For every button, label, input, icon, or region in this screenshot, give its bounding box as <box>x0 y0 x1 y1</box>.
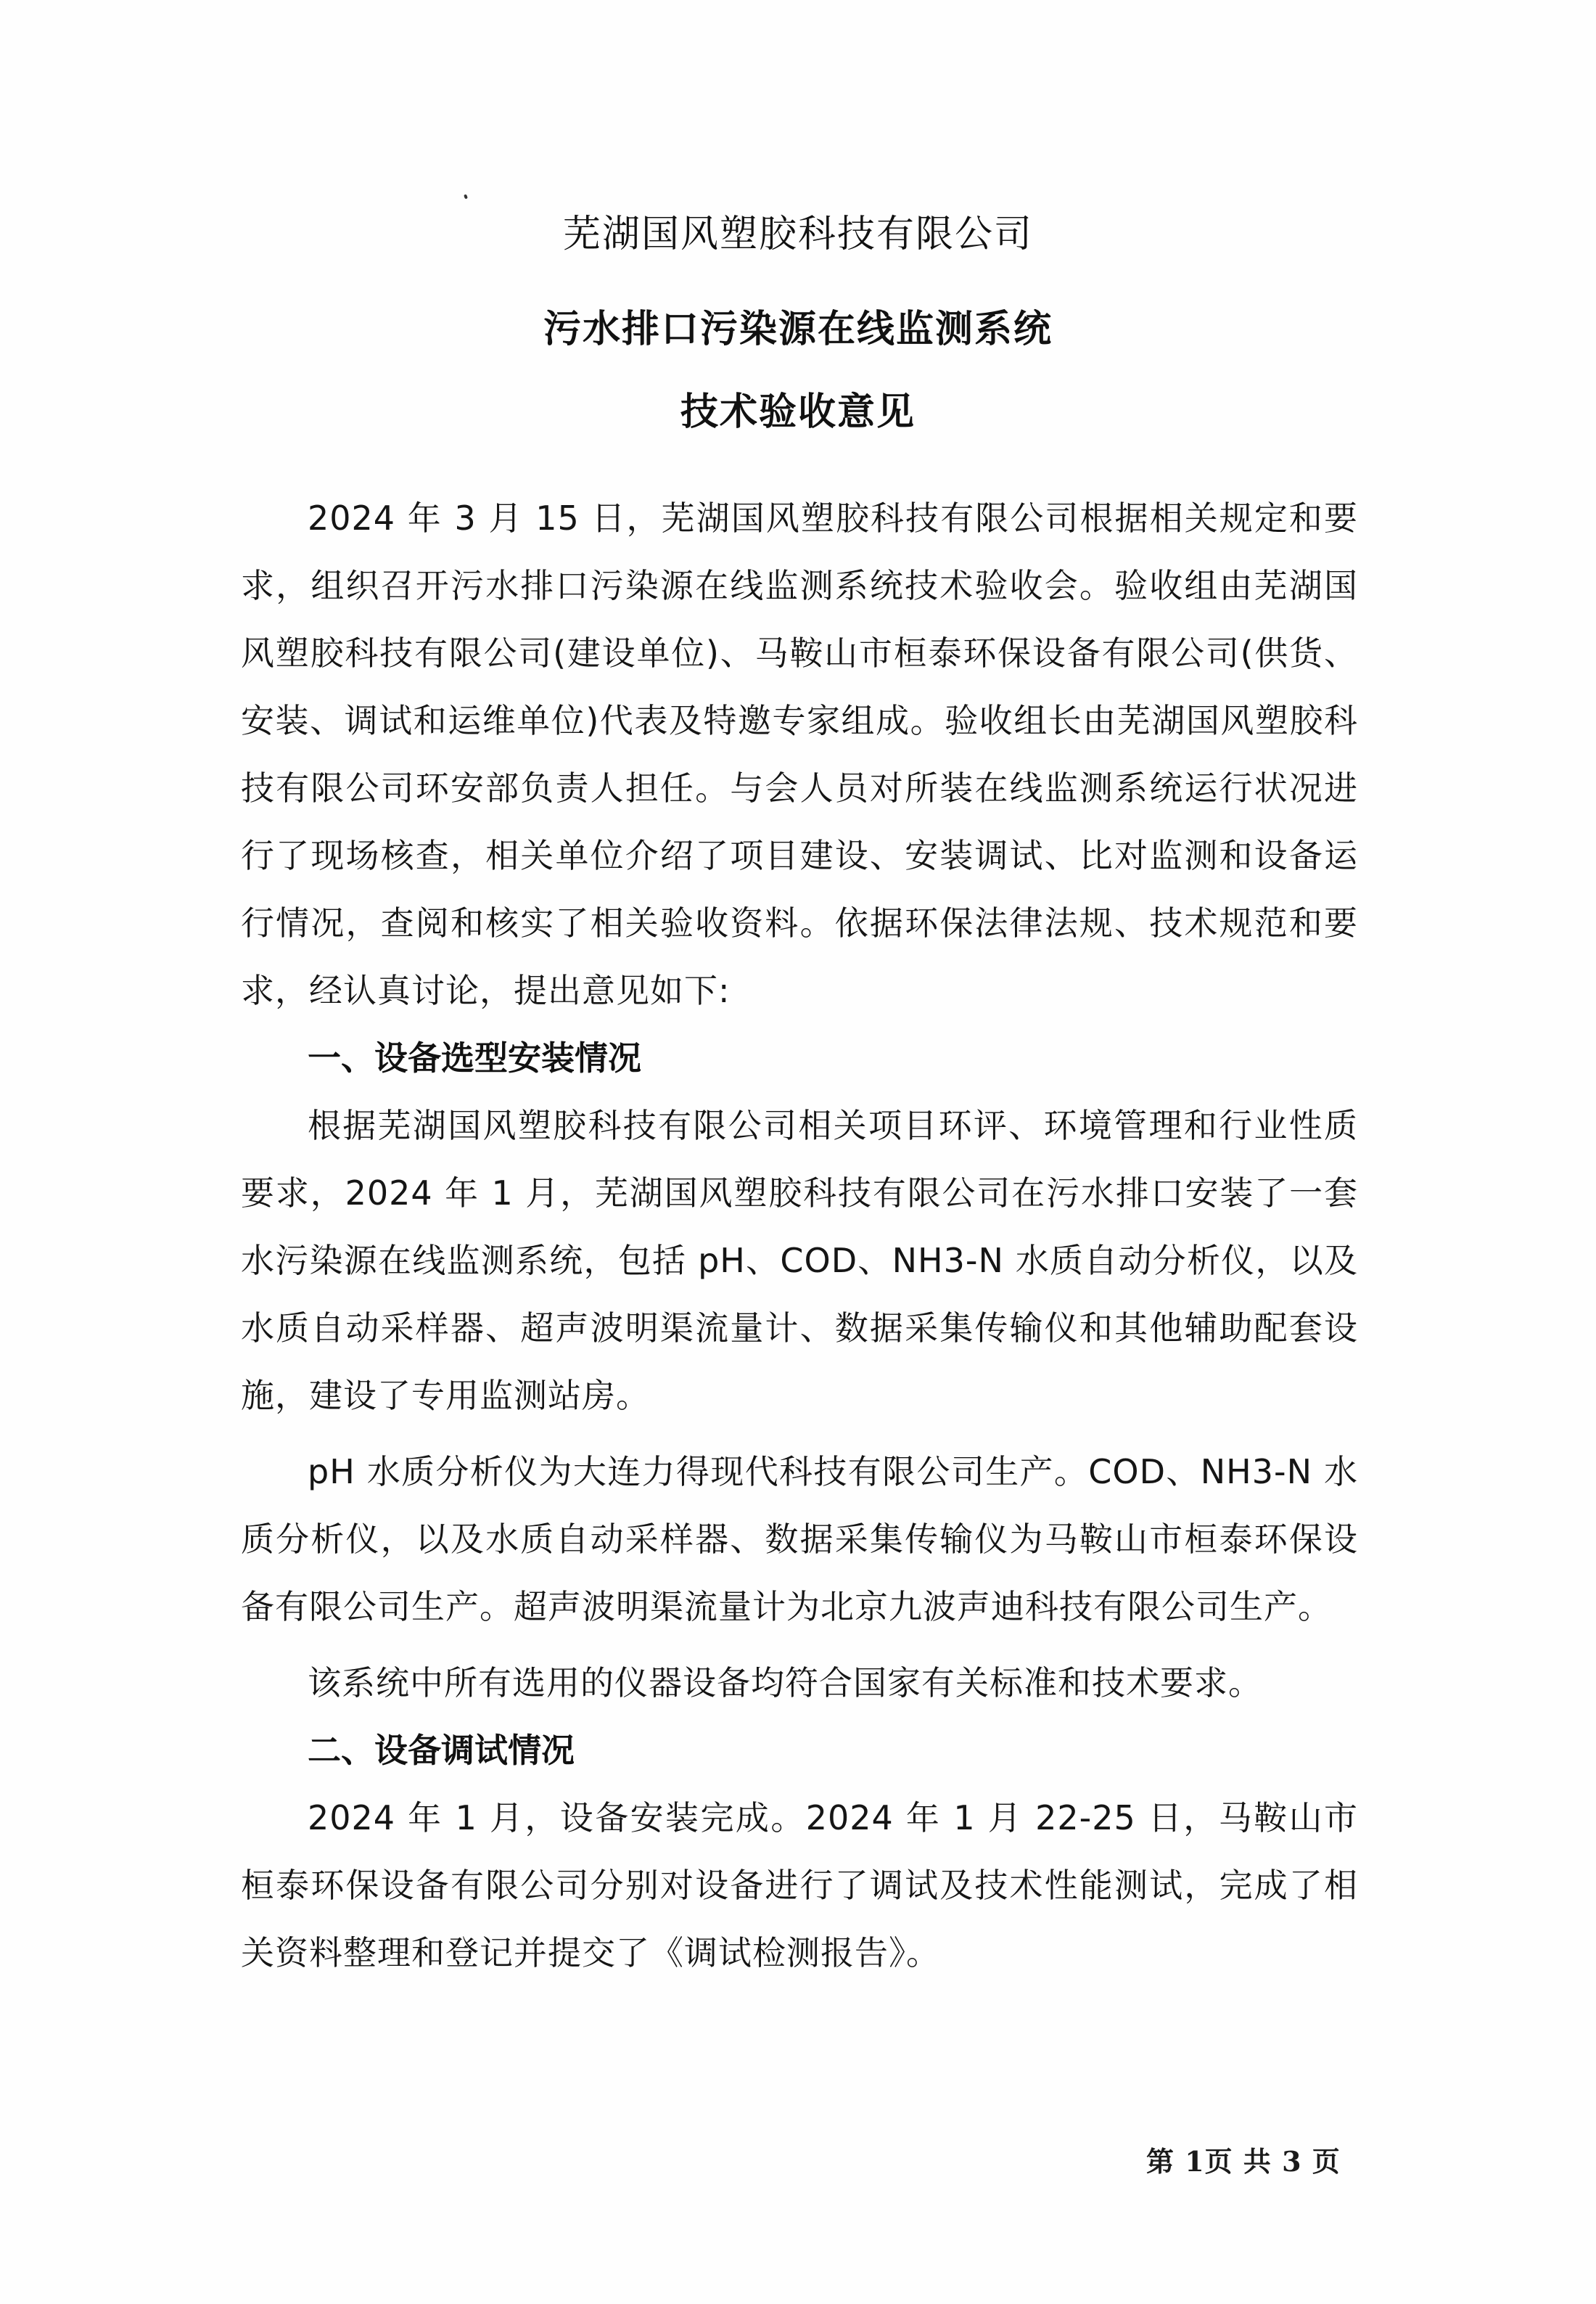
document-body: 2024 年 3 月 15 日，芜湖国风塑胶科技有限公司根据相关规定和要求，组织… <box>241 485 1358 1987</box>
section-heading-2: 二、设备调试情况 <box>241 1717 1358 1784</box>
section-heading-1: 一、设备选型安装情况 <box>241 1025 1358 1092</box>
document-title-company: 芜湖国风塑胶科技有限公司 <box>0 216 1596 253</box>
paragraph-section1-2: pH 水质分析仪为大连力得现代科技有限公司生产。COD、NH3-N 水质分析仪，… <box>241 1438 1358 1641</box>
paragraph-intro: 2024 年 3 月 15 日，芜湖国风塑胶科技有限公司根据相关规定和要求，组织… <box>241 485 1358 1025</box>
paragraph-section1-3: 该系统中所有选用的仪器设备均符合国家有关标准和技术要求。 <box>241 1649 1358 1717</box>
scan-speck <box>464 194 468 199</box>
spacer <box>241 1641 1358 1649</box>
paragraph-section1-1: 根据芜湖国风塑胶科技有限公司相关项目环评、环境管理和行业性质要求，2024 年 … <box>241 1092 1358 1430</box>
document-title-system: 污水排口污染源在线监测系统 <box>0 311 1596 348</box>
spacer <box>241 1430 1358 1438</box>
page-number-footer: 第 1页 共 3 页 <box>1146 2139 1341 2179</box>
paragraph-section2-1: 2024 年 1 月，设备安装完成。2024 年 1 月 22-25 日，马鞍山… <box>241 1784 1358 1987</box>
document-page: 芜湖国风塑胶科技有限公司 污水排口污染源在线监测系统 技术验收意见 2024 年… <box>0 0 1596 2304</box>
document-title-subject: 技术验收意见 <box>0 393 1596 431</box>
